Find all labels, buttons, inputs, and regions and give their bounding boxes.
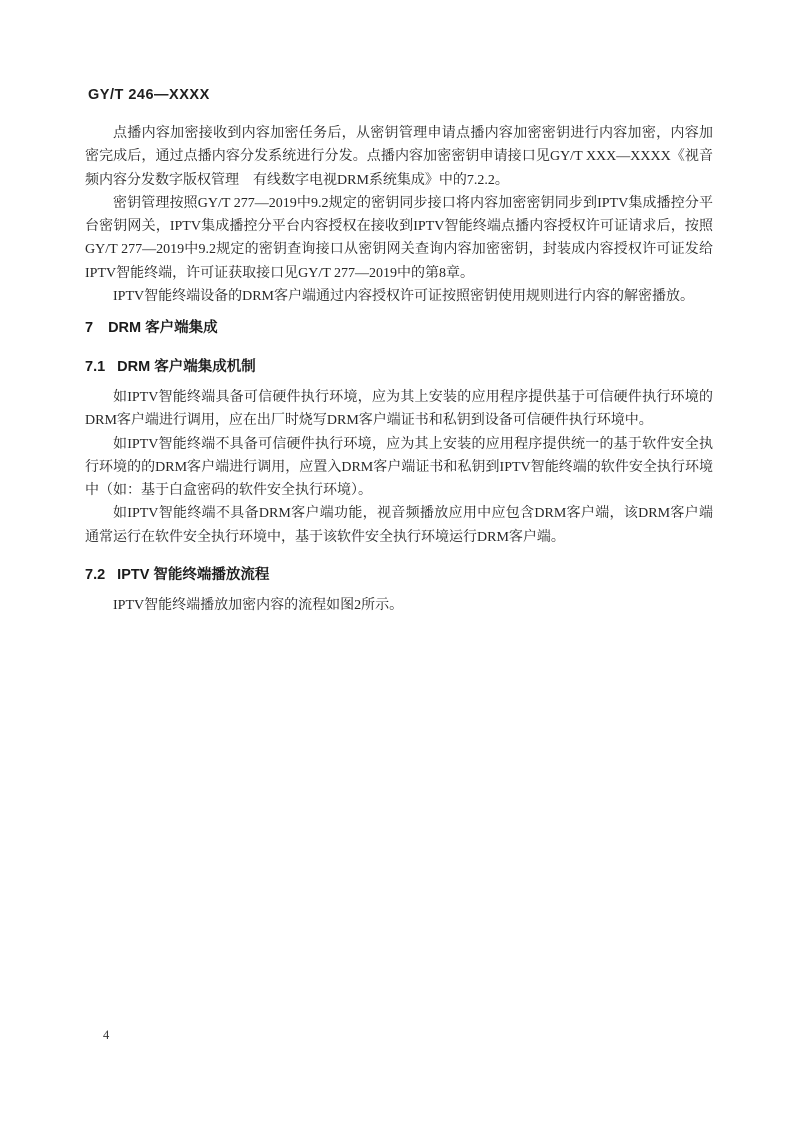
section-7-2-heading: 7.2IPTV 智能终端播放流程 (85, 564, 713, 587)
intro-paragraph-2: 密钥管理按照GY/T 277—2019中9.2规定的密钥同步接口将内容加密密钥同… (85, 192, 713, 285)
page-number: 4 (103, 1028, 109, 1043)
section-7-2-number: 7.2 (85, 564, 105, 587)
intro-paragraph-1: 点播内容加密接收到内容加密任务后，从密钥管理申请点播内容加密密钥进行内容加密，内… (85, 122, 713, 192)
section-7-title: DRM 客户端集成 (108, 320, 218, 336)
section-7-1-number: 7.1 (85, 356, 105, 379)
section-7-2-title: IPTV 智能终端播放流程 (117, 567, 269, 583)
document-page: GY/T 246—XXXX 点播内容加密接收到内容加密任务后，从密钥管理申请点播… (0, 0, 793, 1122)
intro-paragraph-3: IPTV智能终端设备的DRM客户端通过内容授权许可证按照密钥使用规则进行内容的解… (85, 285, 713, 308)
section-7-heading: 7DRM 客户端集成 (85, 317, 713, 340)
section-7-2-paragraph-1: IPTV智能终端播放加密内容的流程如图2所示。 (85, 594, 713, 617)
document-number-header: GY/T 246—XXXX (88, 87, 210, 103)
section-7-1-paragraph-1: 如IPTV智能终端具备可信硬件执行环境，应为其上安装的应用程序提供基于可信硬件执… (85, 386, 713, 433)
document-content: 点播内容加密接收到内容加密任务后，从密钥管理申请点播内容加密密钥进行内容加密，内… (85, 122, 713, 618)
section-7-1-paragraph-2: 如IPTV智能终端不具备可信硬件执行环境，应为其上安装的应用程序提供统一的基于软… (85, 433, 713, 503)
section-7-1-title: DRM 客户端集成机制 (117, 359, 256, 375)
section-7-1-heading: 7.1DRM 客户端集成机制 (85, 356, 713, 379)
section-7-number: 7 (85, 317, 93, 340)
section-7-1-paragraph-3: 如IPTV智能终端不具备DRM客户端功能，视音频播放应用中应包含DRM客户端，该… (85, 502, 713, 549)
